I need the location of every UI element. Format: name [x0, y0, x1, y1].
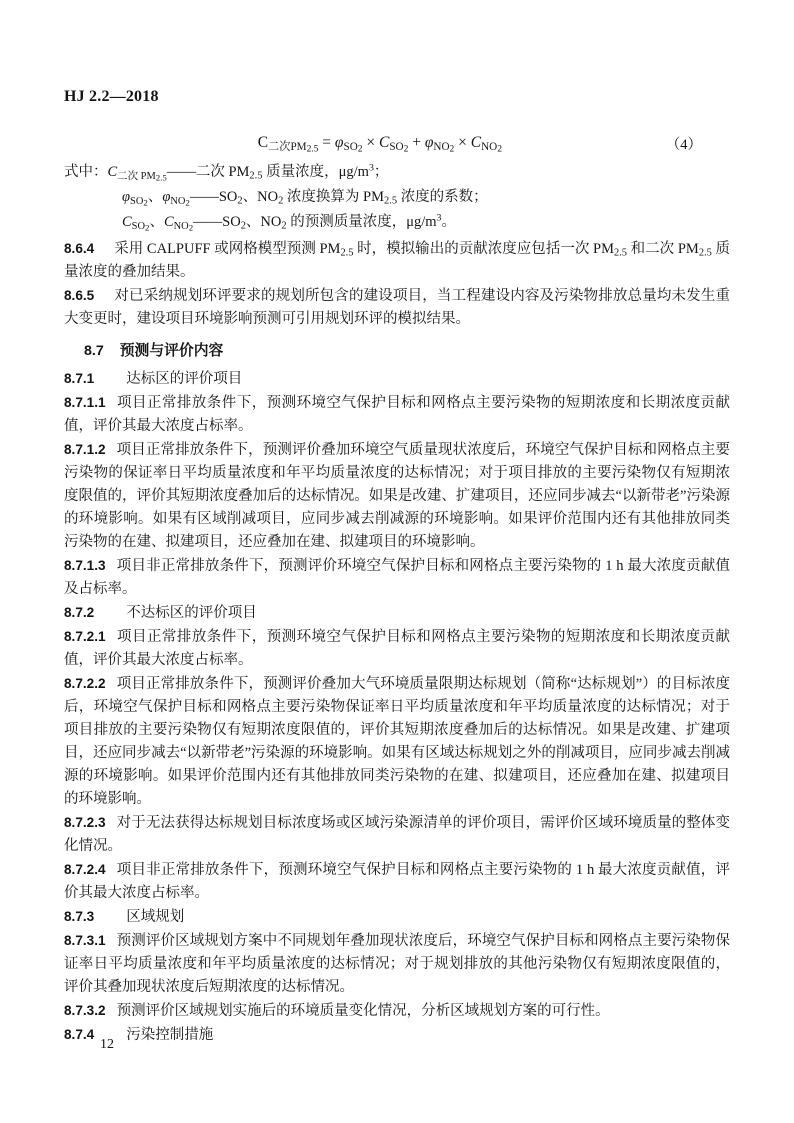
formula-definition-line: CSO2、CNO2——SO2、NO2 的预测质量浓度，μg/m3。 [64, 210, 730, 235]
clause-8.7.3.1: 8.7.3.1预测评价区域规划方案中不同规划年叠加现状浓度后，环境空气保护目标和… [64, 929, 730, 999]
clause-number: 8.7 [84, 343, 104, 359]
clause-text: 预测与评价内容 [120, 343, 224, 359]
clause-number: 8.7.3.2 [64, 1003, 106, 1018]
formula-expression: C二次PM2.5 = φSO2 × CSO2 + φNO2 × CNO2 [64, 134, 666, 152]
clause-8.7.2.1: 8.7.2.1项目正常排放条件下，预测环境空气保护目标和网格点主要污染物的短期浓… [64, 625, 730, 672]
clause-text: 不达标区的评价项目 [126, 605, 257, 621]
clause-text: 项目非正常排放条件下，预测环境空气保护目标和网格点主要污染物的 1 h 最大浓度… [64, 862, 730, 901]
clause-8.7.1.2: 8.7.1.2项目正常排放条件下，预测评价叠加环境空气质量现状浓度后，环境空气保… [64, 438, 730, 554]
clause-text: 达标区的评价项目 [126, 371, 242, 387]
clause-text: 污染控制措施 [126, 1027, 213, 1043]
clause-8.7.1: 8.7.1达标区的评价项目 [64, 367, 730, 391]
clause-8.7.2: 8.7.2不达标区的评价项目 [64, 601, 730, 625]
document-page: HJ 2.2—2018 C二次PM2.5 = φSO2 × CSO2 + φNO… [0, 0, 794, 1123]
clause-8.7.2.3: 8.7.2.3对于无法获得达标规划目标浓度场或区域污染源清单的评价项目，需评价区… [64, 811, 730, 858]
clause-number: 8.7.3.1 [64, 933, 106, 948]
clause-text: 区域规划 [126, 909, 184, 925]
clause-8.6.5: 8.6.5对已采纳规划环评要求的规划所包含的建设项目，当工程建设内容及污染物排放… [64, 284, 730, 331]
formula-row: C二次PM2.5 = φSO2 × CSO2 + φNO2 × CNO2 （4） [64, 130, 730, 156]
clause-text: 项目正常排放条件下，预测环境空气保护目标和网格点主要污染物的短期浓度和长期浓度贡… [64, 629, 730, 668]
clause-text: 项目非正常排放条件下，预测评价环境空气保护目标和网格点主要污染物的 1 h 最大… [64, 558, 730, 597]
formula-number: （4） [666, 133, 702, 154]
clauses-container: 8.6.4采用 CALPUFF 或网格模型预测 PM2.5 时，模拟输出的贡献浓… [64, 237, 730, 1047]
clause-number: 8.7.1 [64, 371, 94, 386]
clause-number: 8.7.2 [64, 605, 94, 620]
clause-number: 8.7.2.4 [64, 862, 106, 877]
clause-number: 8.6.5 [64, 288, 94, 303]
clause-text: 预测评价区域规划方案中不同规划年叠加现状浓度后，环境空气保护目标和网格点主要污染… [64, 933, 730, 995]
clause-8.7.1.1: 8.7.1.1项目正常排放条件下，预测环境空气保护目标和网格点主要污染物的短期浓… [64, 391, 730, 438]
clause-8.6.4: 8.6.4采用 CALPUFF 或网格模型预测 PM2.5 时，模拟输出的贡献浓… [64, 237, 730, 284]
clause-text: 项目正常排放条件下，预测评价叠加环境空气质量现状浓度后，环境空气保护目标和网格点… [64, 442, 730, 550]
clause-number: 8.7.2.2 [64, 676, 106, 691]
clause-text: 对于无法获得达标规划目标浓度场或区域污染源清单的评价项目，需评价区域环境质量的整… [64, 815, 730, 854]
clause-8.7.1.3: 8.7.1.3项目非正常排放条件下，预测评价环境空气保护目标和网格点主要污染物的… [64, 554, 730, 601]
clause-number: 8.7.2.3 [64, 815, 106, 830]
clause-text: 项目正常排放条件下，预测环境空气保护目标和网格点主要污染物的短期浓度和长期浓度贡… [64, 395, 730, 434]
clause-text: 对已采纳规划环评要求的规划所包含的建设项目，当工程建设内容及污染物排放总量均未发… [64, 288, 730, 327]
clause-number: 8.7.1.3 [64, 558, 106, 573]
clause-number: 8.7.4 [64, 1027, 94, 1042]
clause-text: 预测评价区域规划实施后的环境质量变化情况，分析区域规划方案的可行性。 [117, 1003, 610, 1019]
clause-text: 采用 CALPUFF 或网格模型预测 PM2.5 时，模拟输出的贡献浓度应包括一… [64, 241, 730, 280]
formula-definition-line: 式中：C二次 PM2.5——二次 PM2.5 质量浓度，μg/m3； [64, 160, 730, 185]
clause-8.7.4: 8.7.4污染控制措施 [64, 1023, 730, 1047]
clause-8.7.3: 8.7.3区域规划 [64, 905, 730, 929]
clause-8.7.2.4: 8.7.2.4项目非正常排放条件下，预测环境空气保护目标和网格点主要污染物的 1… [64, 858, 730, 905]
clause-number: 8.7.1.1 [64, 395, 106, 410]
clause-8.7.3.2: 8.7.3.2预测评价区域规划实施后的环境质量变化情况，分析区域规划方案的可行性… [64, 999, 730, 1023]
clause-8.7: 8.7预测与评价内容 [84, 340, 730, 363]
clause-number: 8.6.4 [64, 241, 94, 256]
formula-definition-line: φSO2、φNO2——SO2、NO2 浓度换算为 PM2.5 浓度的系数； [64, 185, 730, 210]
clause-number: 8.7.1.2 [64, 442, 106, 457]
document-header: HJ 2.2—2018 [64, 88, 730, 106]
page-number: 12 [100, 1037, 114, 1053]
clause-number: 8.7.2.1 [64, 629, 106, 644]
formula-definitions: 式中：C二次 PM2.5——二次 PM2.5 质量浓度，μg/m3；φSO2、φ… [64, 160, 730, 235]
clause-number: 8.7.3 [64, 909, 94, 924]
clause-8.7.2.2: 8.7.2.2项目正常排放条件下，预测评价叠加大气环境质量限期达标规划（简称“达… [64, 672, 730, 811]
clause-text: 项目正常排放条件下，预测评价叠加大气环境质量限期达标规划（简称“达标规划”）的目… [64, 676, 730, 807]
